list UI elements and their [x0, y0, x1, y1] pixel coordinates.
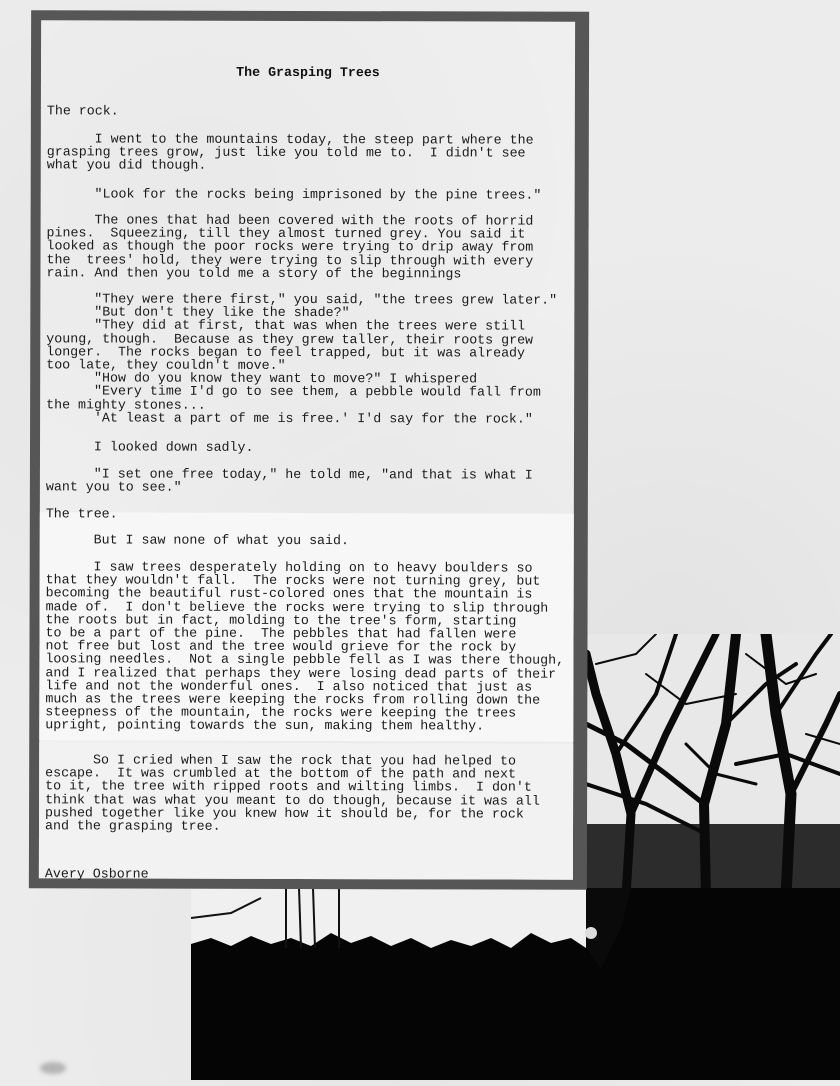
paragraph: I looked down sadly.: [46, 440, 254, 454]
author-signature: Avery Osborne: [45, 866, 149, 881]
paragraph: "They were there first," you said, "the …: [46, 292, 557, 425]
treeline-silhouette-photo: [191, 888, 840, 1080]
paragraph: The ones that had been covered with the …: [46, 213, 533, 280]
paragraph: I went to the mountains today, the steep…: [47, 132, 534, 173]
document-frame: The Grasping Trees The rock. I went to t…: [29, 10, 589, 889]
rock-heading: The rock.: [47, 104, 119, 117]
paragraph: "Look for the rocks being imprisoned by …: [47, 187, 542, 201]
paragraph: But I saw none of what you said.: [46, 533, 349, 547]
tree-heading: The tree.: [46, 507, 118, 520]
paragraph: "I set one free today," he told me, "and…: [46, 467, 533, 495]
bare-tree-branches-photo: [586, 634, 840, 896]
document-body: The rock. I went to the mountains today,…: [47, 20, 575, 193]
typed-page: The Grasping Trees The rock. I went to t…: [39, 20, 575, 879]
paragraph: So I cried when I saw the rock that you …: [45, 753, 540, 834]
paper-smudge: [40, 1062, 66, 1074]
paragraph: I saw trees desperately holding on to he…: [45, 560, 564, 733]
